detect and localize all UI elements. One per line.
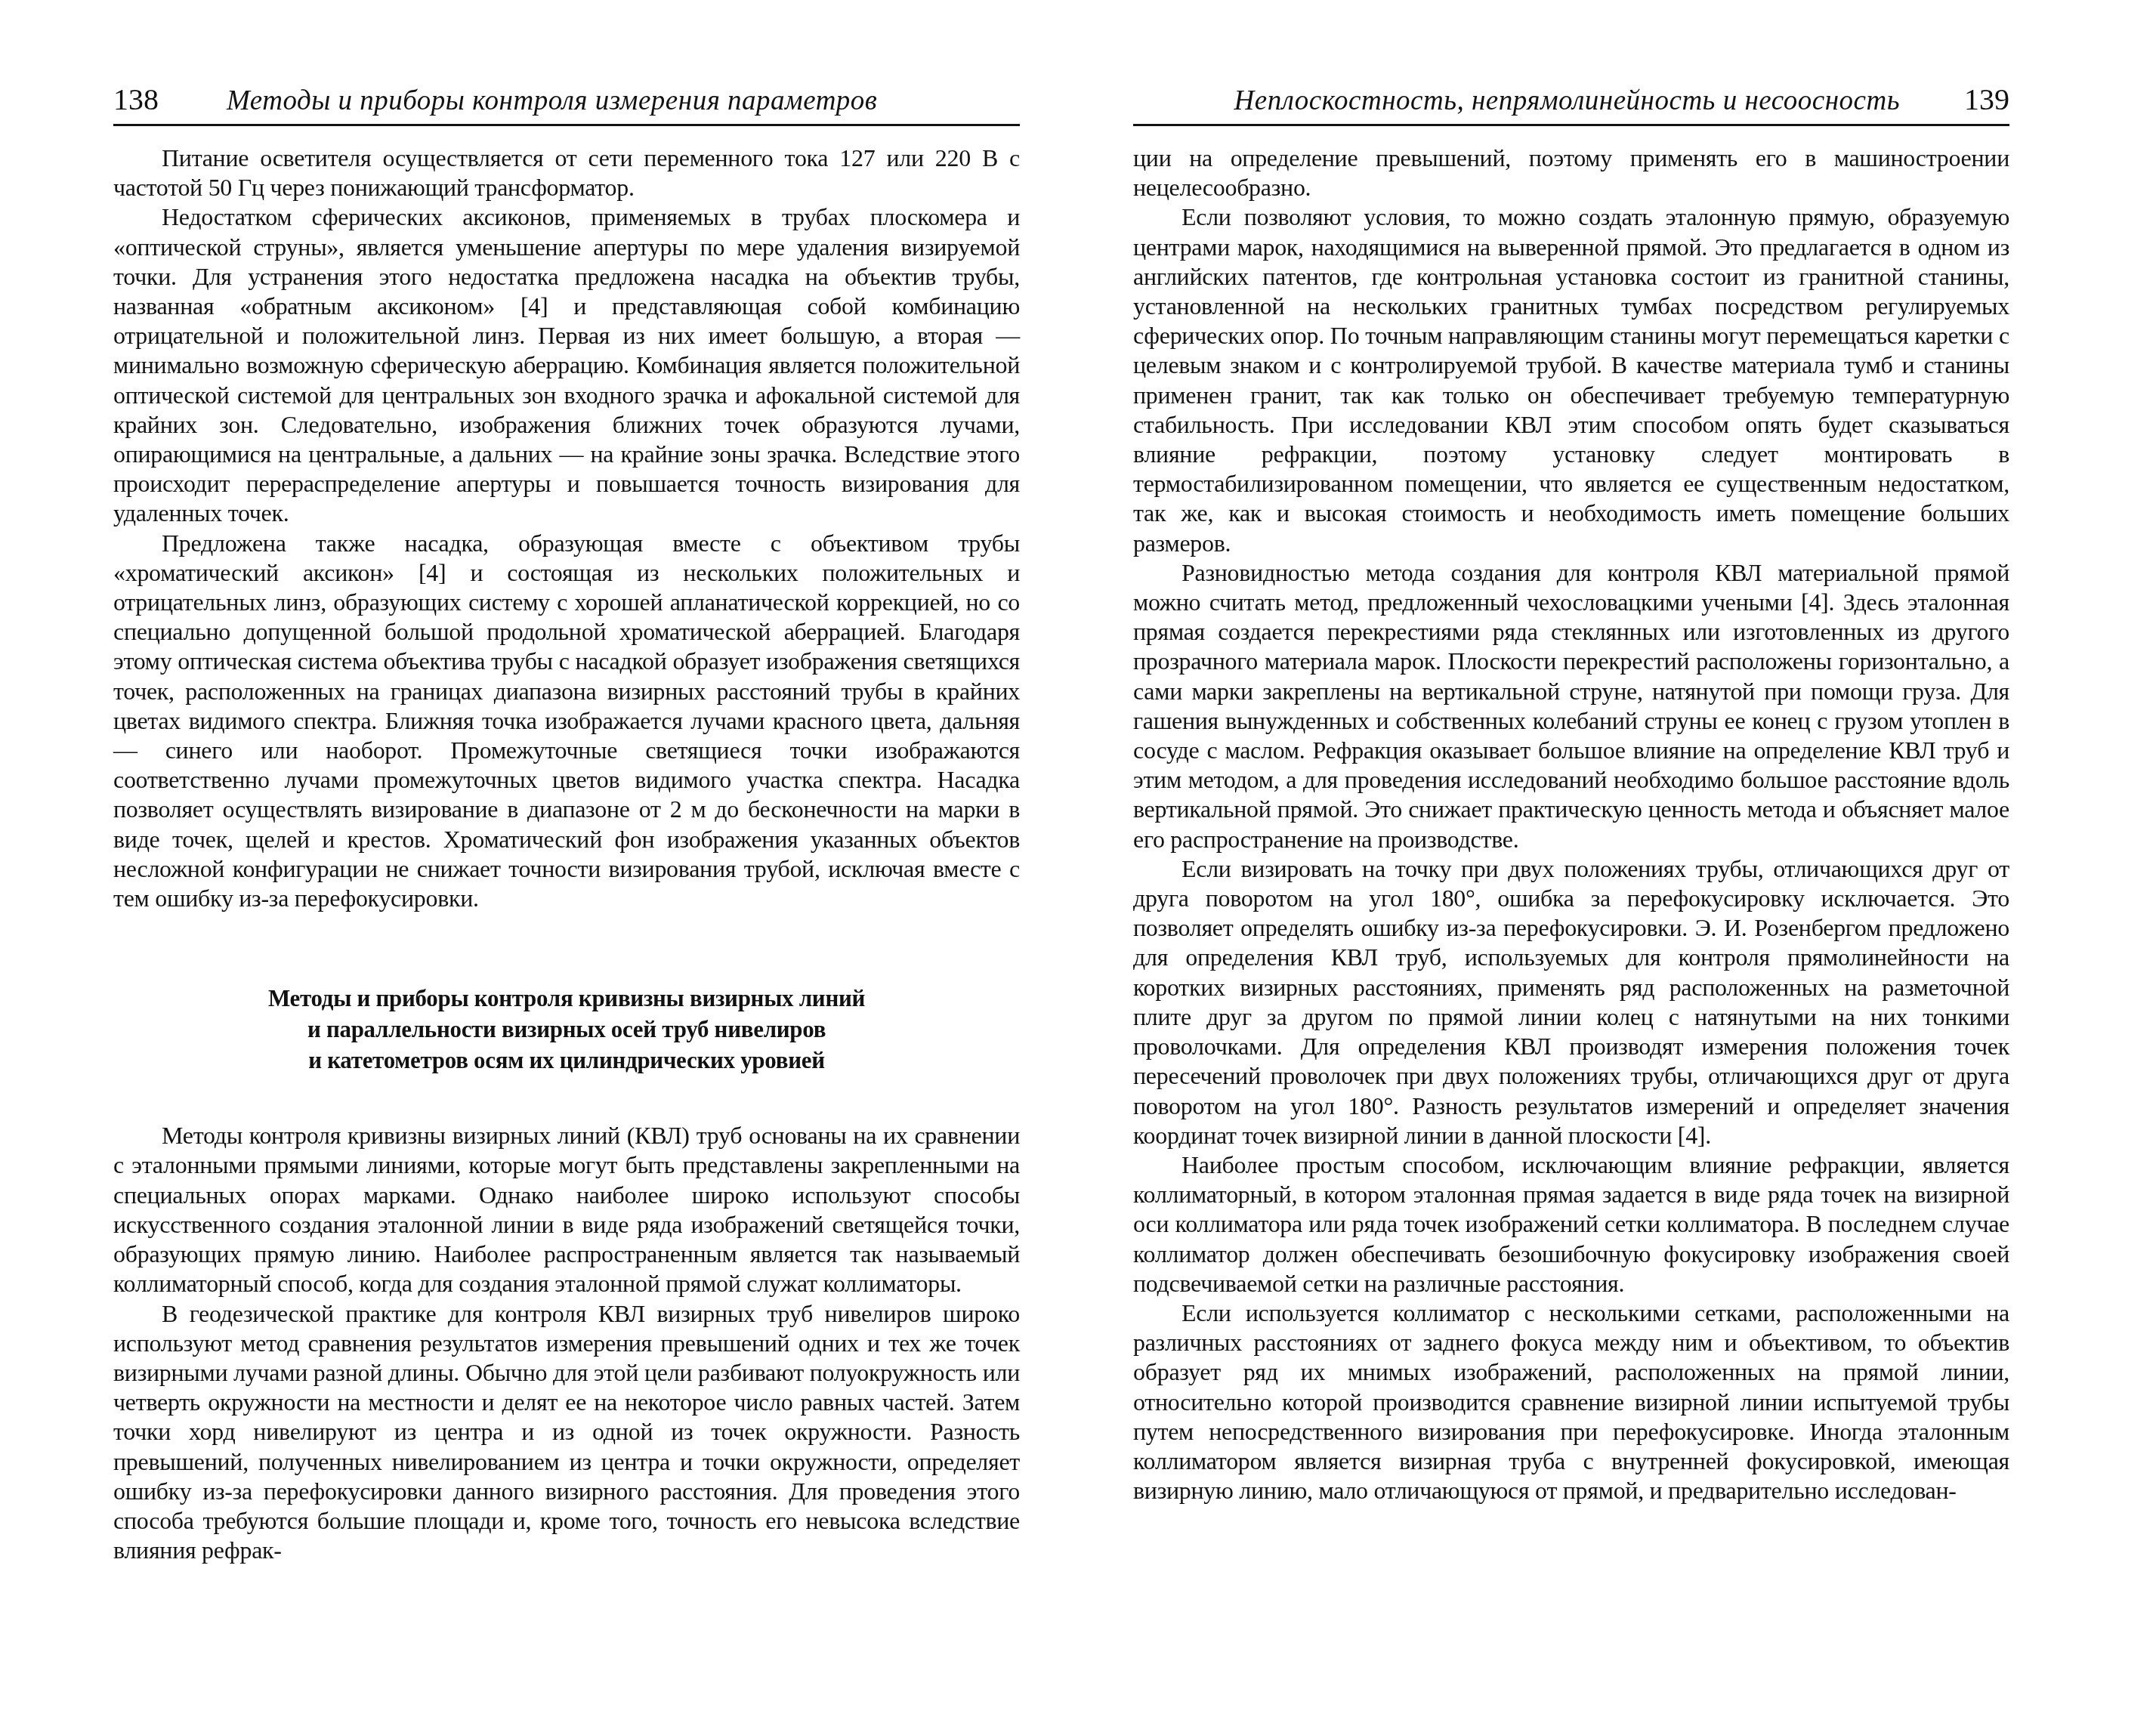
running-head: Неплоскостность, непрямолинейность и нес… bbox=[1133, 82, 2009, 119]
section-heading: Методы и приборы контроля кривизны визир… bbox=[113, 983, 1020, 1076]
page-number: 138 bbox=[113, 82, 159, 117]
paragraph-continuation: ции на определение превышений, поэтому п… bbox=[1133, 144, 2009, 202]
running-title: Неплоскостность, непрямолинейность и нес… bbox=[1234, 85, 1900, 117]
section-heading-line: и катетометров осям их цилиндрических ур… bbox=[113, 1045, 1020, 1076]
section-heading-line: и параллельности визирных осей труб ниве… bbox=[113, 1014, 1020, 1045]
paragraph: Предложена также насадка, образующая вме… bbox=[113, 529, 1020, 914]
right-page: Неплоскостность, непрямолинейность и нес… bbox=[1133, 0, 2009, 1726]
paragraph: Если используется коллиматор с нескольки… bbox=[1133, 1298, 2009, 1505]
paragraph: Недостатком сферических аксиконов, приме… bbox=[113, 202, 1020, 528]
header-rule bbox=[1133, 124, 2009, 126]
paragraph: Питание осветителя осуществляется от сет… bbox=[113, 144, 1020, 202]
section-heading-line: Методы и приборы контроля кривизны визир… bbox=[113, 983, 1020, 1014]
paragraph: Разновидностью метода создания для контр… bbox=[1133, 558, 2009, 854]
left-page: 138 Методы и приборы контроля измерения … bbox=[113, 0, 1020, 1726]
running-title: Методы и приборы контроля измерения пара… bbox=[227, 85, 877, 117]
paragraph: Методы контроля кривизны визирных линий … bbox=[113, 1121, 1020, 1298]
paragraph: В геодезической практике для контроля КВ… bbox=[113, 1299, 1020, 1566]
paragraph: Если визировать на точку при двух положе… bbox=[1133, 854, 2009, 1150]
paragraph: Если позволяют условия, то можно создать… bbox=[1133, 202, 2009, 557]
paragraph: Наиболее простым способом, исключающим в… bbox=[1133, 1150, 2009, 1298]
header-rule bbox=[113, 124, 1020, 126]
page-number: 139 bbox=[1964, 82, 2009, 117]
body-text: ции на определение превышений, поэтому п… bbox=[1133, 144, 2009, 1505]
body-text: Питание осветителя осуществляется от сет… bbox=[113, 144, 1020, 1565]
running-head: 138 Методы и приборы контроля измерения … bbox=[113, 82, 1020, 119]
